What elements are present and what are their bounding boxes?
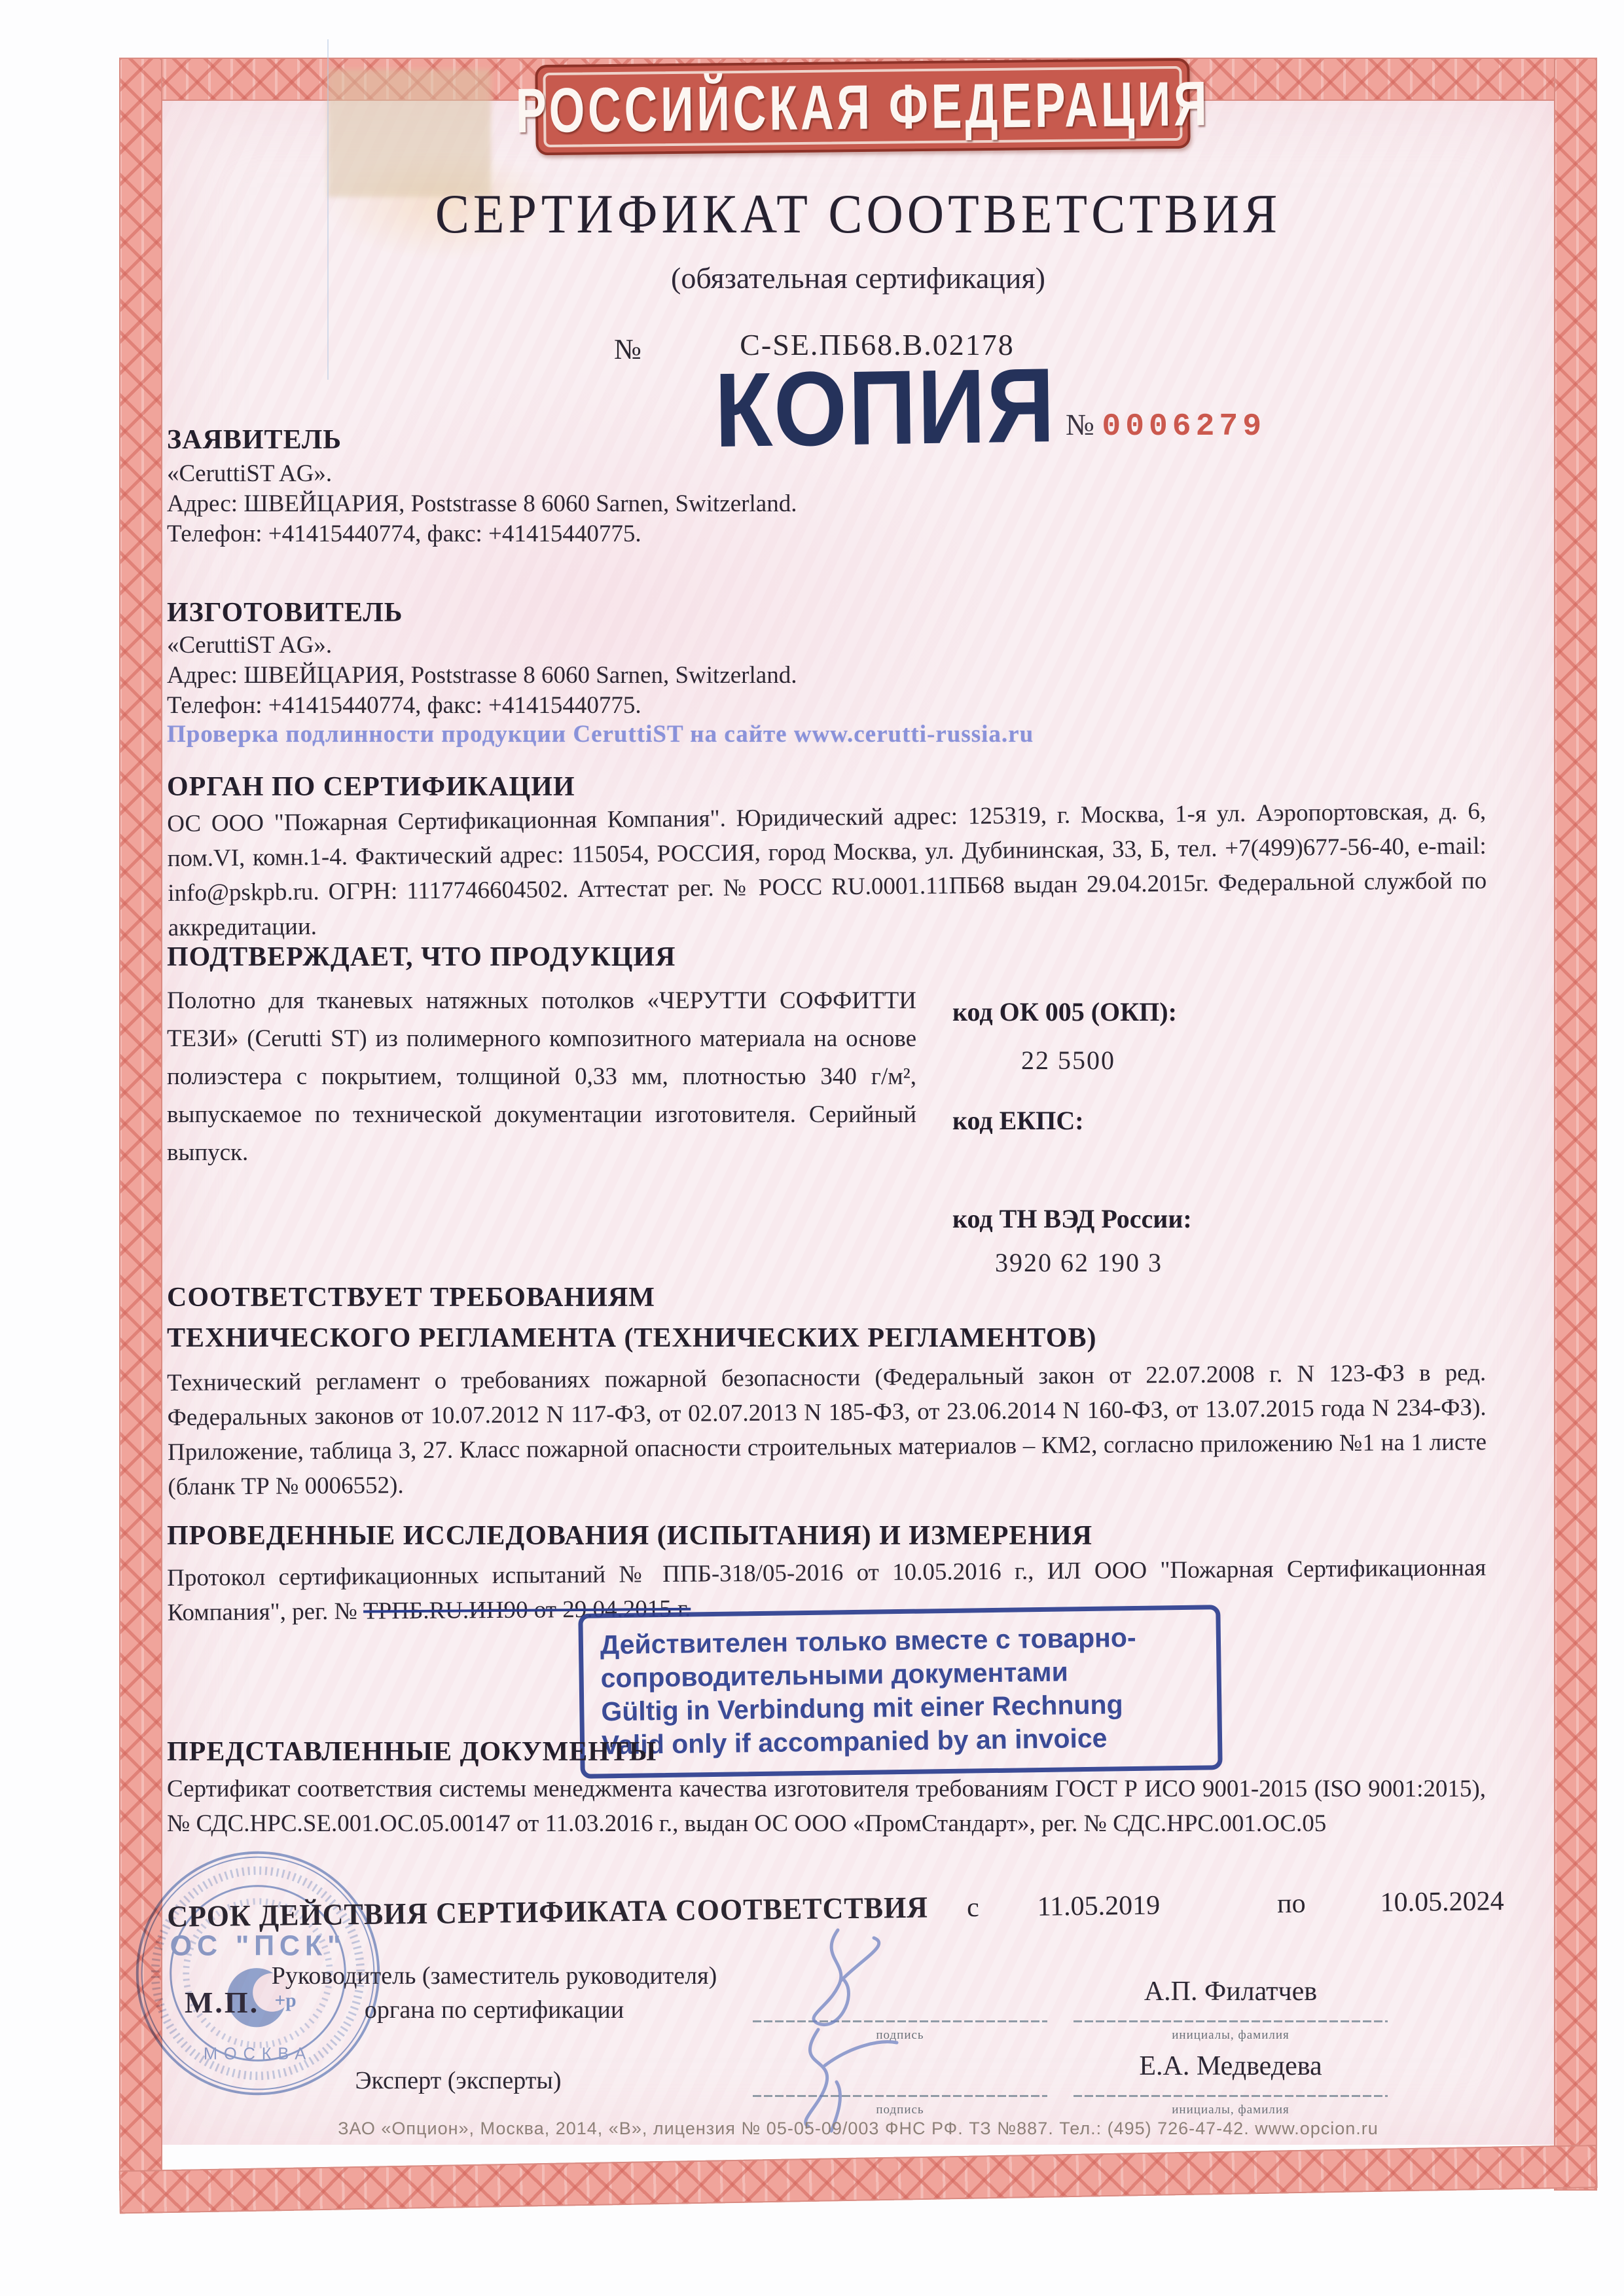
applicant-address: Адрес: ШВЕЙЦАРИЯ, Poststrasse 8 6060 Sar… [167,490,797,518]
expert-name-line [1074,2095,1388,2097]
handwritten-signatures [740,1918,975,2134]
applicant-name: «CeruttiST AG». [167,460,332,488]
expert-role: Эксперт (эксперты) [288,2064,628,2098]
compliance-heading-1: СООТВЕТСТВУЕТ ТРЕБОВАНИЯМ [167,1282,655,1313]
blank-number-label: № [1066,408,1094,441]
round-stamp-center-text: ОС "ПСК" [170,1931,346,1962]
compliance-heading-2: ТЕХНИЧЕСКОГО РЕГЛАМЕНТА (ТЕХНИЧЕСКИХ РЕГ… [167,1322,1096,1354]
ekps-code-label: код ЕКПС: [952,1105,1084,1136]
product-description: Полотно для тканевых натяжных потолков «… [167,982,916,1172]
head-role: Руководитель (заместитель руководителя) … [255,1959,733,2027]
head-role-line2: органа по сертификации [255,1993,733,2027]
head-role-line1: Руководитель (заместитель руководителя) [255,1959,733,1993]
compliance-text: Технический регламент о требованиях пожа… [167,1355,1487,1504]
head-name: А.П. Филатчев [1074,1976,1388,2007]
cert-body-text: ОС ООО "Пожарная Сертификационная Компан… [167,794,1487,945]
validity-to-date: 10.05.2024 [1380,1886,1504,1918]
certificate-number-label: № [614,333,641,366]
manufacturer-address: Адрес: ШВЕЙЦАРИЯ, Poststrasse 8 6060 Sar… [167,661,797,689]
manufacturer-name: «CeruttiST AG». [167,631,332,659]
applicant-phone: Телефон: +41415440774, факс: +4141544077… [167,520,641,548]
product-heading: ПОДТВЕРЖДАЕТ, ЧТО ПРОДУКЦИЯ [167,941,676,973]
documents-text: Сертификат соответствия системы менеджме… [167,1772,1486,1841]
certificate-page: РОССИЙСКАЯ ФЕДЕРАЦИЯ СЕРТИФИКАТ СООТВЕТС… [0,0,1624,2296]
border-right [1554,58,1597,2191]
validity-to-label: по [1277,1889,1306,1920]
manufacturer-phone: Телефон: +41415440774, факс: +4141544077… [167,691,641,720]
tnved-code-value: 3920 62 190 3 [995,1247,1163,1278]
tests-heading: ПРОВЕДЕННЫЕ ИССЛЕДОВАНИЯ (ИСПЫТАНИЯ) И И… [167,1520,1092,1552]
federation-banner-text: РОССИЙСКАЯ ФЕДЕРАЦИЯ [515,67,1210,147]
blank-number: № 0006279 [1066,407,1266,445]
copy-stamp: КОПИЯ [714,345,1057,472]
document-subtitle: (обязательная сертификация) [162,261,1554,295]
print-house-footer: ЗАО «Опцион», Москва, 2014, «В», лицензи… [162,2119,1554,2139]
validity-stamp-box: Действителен только вместе с товарно- со… [578,1605,1222,1779]
okp-code-label: код ОК 005 (ОКП): [952,996,1177,1027]
head-name-line [1074,2020,1388,2022]
round-stamp-city: МОСКВА [204,2045,312,2063]
expert-name: Е.А. Медведева [1074,2050,1388,2082]
manufacturer-heading: ИЗГОТОВИТЕЛЬ [167,597,403,629]
head-name-caption: инициалы, фамилия [1074,2028,1388,2043]
documents-heading: ПРЕДСТАВЛЕННЫЕ ДОКУМЕНТЫ [167,1736,657,1768]
scan-smudge [327,69,491,197]
federation-banner: РОССИЙСКАЯ ФЕДЕРАЦИЯ [535,58,1190,155]
authenticity-note: Проверка подлинности продукции CeruttiST… [167,720,1034,748]
mp-seal-mark: М.П. [185,1985,259,2020]
validity-from-date: 11.05.2019 [1037,1890,1160,1922]
tnved-code-label: код ТН ВЭД России: [952,1203,1192,1234]
cert-body-heading: ОРГАН ПО СЕРТИФИКАЦИИ [167,771,575,803]
applicant-heading: ЗАЯВИТЕЛЬ [167,424,342,456]
okp-code-value: 22 5500 [1021,1045,1115,1076]
expert-name-caption: инициалы, фамилия [1074,2103,1388,2117]
blank-number-value: 0006279 [1102,409,1266,445]
border-bottom [119,2145,1598,2214]
document-title: СЕРТИФИКАТ СООТВЕТСТВИЯ [162,182,1554,246]
